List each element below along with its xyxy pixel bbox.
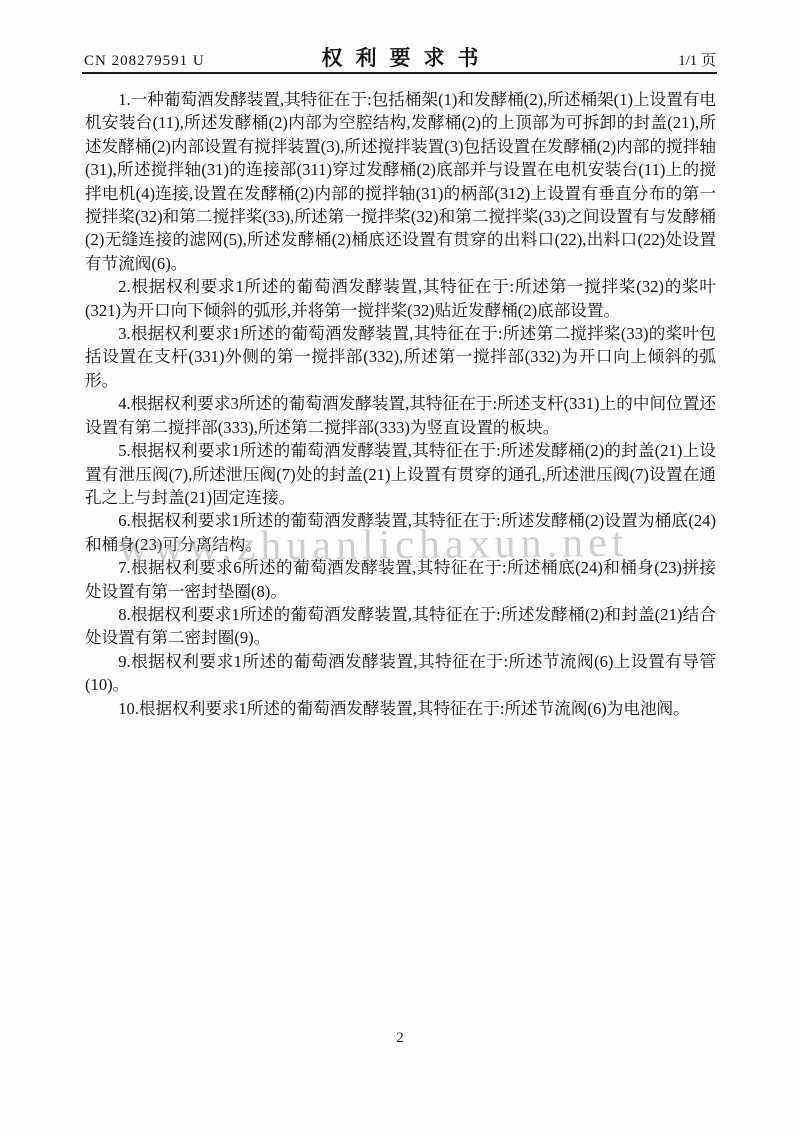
claims-body: 1.一种葡萄酒发酵装置,其特征在于:包括桶架(1)和发酵桶(2),所述桶架(1)… (85, 88, 716, 720)
page-header: CN 208279591 U 权利要求书 1/1 页 (84, 46, 716, 70)
claim-paragraph-10: 10.根据权利要求1所述的葡萄酒发酵装置,其特征在于:所述节流阀(6)为电池阀。 (85, 697, 716, 720)
claim-paragraph-2: 2.根据权利要求1所述的葡萄酒发酵装置,其特征在于:所述第一搅拌桨(32)的桨叶… (85, 275, 716, 322)
claim-paragraph-3: 3.根据权利要求1所述的葡萄酒发酵装置,其特征在于:所述第二搅拌桨(33)的桨叶… (85, 322, 716, 392)
claim-paragraph-5: 5.根据权利要求1所述的葡萄酒发酵装置,其特征在于:所述发酵桶(2)的封盖(21… (85, 439, 716, 509)
claim-paragraph-1: 1.一种葡萄酒发酵装置,其特征在于:包括桶架(1)和发酵桶(2),所述桶架(1)… (85, 88, 716, 275)
claim-paragraph-9: 9.根据权利要求1所述的葡萄酒发酵装置,其特征在于:所述节流阀(6)上设置有导管… (85, 650, 716, 697)
claim-paragraph-4: 4.根据权利要求3所述的葡萄酒发酵装置,其特征在于:所述支杆(331)上的中间位… (85, 392, 716, 439)
page-footer: 2 (0, 1030, 800, 1047)
page-number: 2 (396, 1030, 404, 1046)
patent-claims-page: CN 208279591 U 权利要求书 1/1 页 1.一种葡萄酒发酵装置,其… (0, 0, 800, 1133)
claim-paragraph-8: 8.根据权利要求1所述的葡萄酒发酵装置,其特征在于:所述发酵桶(2)和封盖(21… (85, 603, 716, 650)
claim-paragraph-7: 7.根据权利要求6所述的葡萄酒发酵装置,其特征在于:所述桶底(24)和桶身(23… (85, 556, 716, 603)
header-divider-line (82, 72, 717, 74)
claim-paragraph-6: 6.根据权利要求1所述的葡萄酒发酵装置,其特征在于:所述发酵桶(2)设置为桶底(… (85, 509, 716, 556)
page-indicator: 1/1 页 (678, 49, 716, 70)
document-number: CN 208279591 U (84, 53, 205, 70)
page-title: 权利要求书 (308, 42, 491, 72)
